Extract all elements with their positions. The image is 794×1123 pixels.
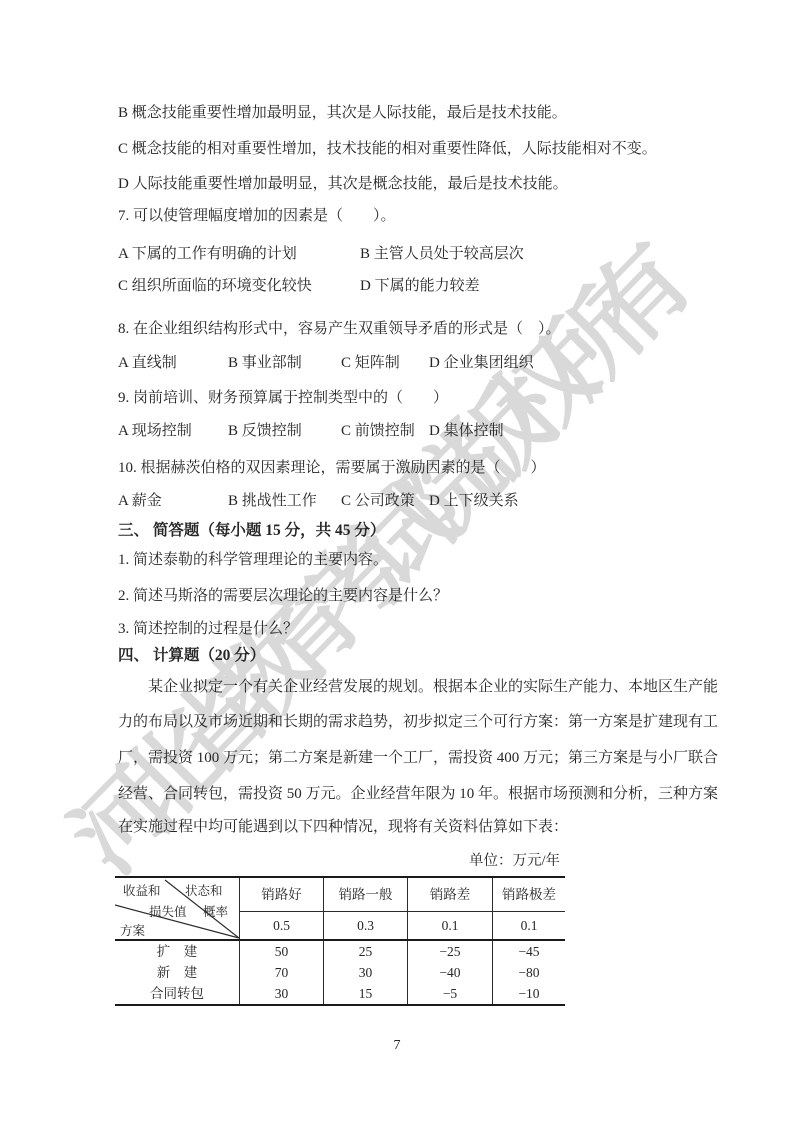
value-cell: −80 bbox=[493, 962, 565, 983]
option-b: B 反馈控制 bbox=[228, 421, 341, 441]
corner-label-plan: 方案 bbox=[120, 925, 145, 938]
option-d: D 下属的能力较差 bbox=[360, 276, 480, 296]
row-label: 合同转包 bbox=[115, 983, 240, 1004]
option-b: B 事业部制 bbox=[228, 353, 341, 373]
question-8-stem: 8. 在企业组织结构形式中，容易产生双重领导矛盾的形式是（ ）。 bbox=[118, 319, 561, 339]
option-c: C 公司政策 bbox=[341, 491, 429, 511]
value-cell: 50 bbox=[240, 941, 324, 962]
probability-cell: 0.5 bbox=[240, 912, 324, 941]
row-label: 新 建 bbox=[115, 962, 240, 983]
question-9-stem: 9. 岗前培训、财务预算属于控制类型中的（ ） bbox=[118, 388, 448, 408]
section-3-title: 三、 简答题（每小题 15 分，共 45 分） bbox=[118, 521, 385, 541]
question-7-stem: 7. 可以使管理幅度增加的因素是（ ）。 bbox=[118, 206, 396, 226]
probability-cell: 0.1 bbox=[408, 912, 493, 941]
corner-label-prob: 概率 bbox=[203, 906, 228, 919]
table-unit-note: 单位：万元/年 bbox=[115, 851, 565, 871]
question-7-options-row-1: A 下属的工作有明确的计划 B 主管人员处于较高层次 bbox=[118, 244, 524, 264]
value-cell: −40 bbox=[408, 962, 493, 983]
column-header: 销路差 bbox=[408, 878, 493, 912]
value-cell: −25 bbox=[408, 941, 493, 962]
short-answer-item-2: 2. 简述马斯洛的需要层次理论的主要内容是什么？ bbox=[118, 586, 448, 606]
problem-paragraph-line-5: 在实施过程中均可能遇到以下四种情况，现将有关资料估算如下表： bbox=[118, 817, 568, 837]
value-cell: 70 bbox=[240, 962, 324, 983]
value-cell: 15 bbox=[324, 983, 408, 1004]
option-d: D 企业集团组织 bbox=[429, 353, 534, 373]
option-a: A 直线制 bbox=[118, 353, 228, 373]
page-number: 7 bbox=[0, 1038, 794, 1054]
probability-cell: 0.1 bbox=[493, 912, 565, 941]
probability-cell: 0.3 bbox=[324, 912, 408, 941]
value-cell: 25 bbox=[324, 941, 408, 962]
column-header: 销路极差 bbox=[493, 878, 565, 912]
table-corner-cell: 收益和 状态和 损失值 概率 方案 bbox=[115, 878, 240, 941]
corner-label-loss: 损失值 bbox=[149, 906, 187, 919]
question-7-options-row-2: C 组织所面临的环境变化较快 D 下属的能力较差 bbox=[118, 276, 480, 296]
option-b: B 挑战性工作 bbox=[228, 491, 341, 511]
option-d: D 上下级关系 bbox=[429, 491, 519, 511]
question-9-options: A 现场控制 B 反馈控制 C 前馈控制 D 集体控制 bbox=[118, 421, 504, 441]
short-answer-item-3: 3. 简述控制的过程是什么？ bbox=[118, 619, 298, 639]
value-cell: −45 bbox=[493, 941, 565, 962]
value-cell: −5 bbox=[408, 983, 493, 1004]
option-line-b: B 概念技能重要性增加最明显，其次是人际技能，最后是技术技能。 bbox=[118, 103, 567, 123]
option-d: D 集体控制 bbox=[429, 421, 504, 441]
corner-label-state: 状态和 bbox=[185, 885, 223, 898]
problem-paragraph-line-3: 厂，需投资 100 万元；第二方案是新建一个工厂，需投资 400 万元；第三方案… bbox=[118, 748, 718, 768]
value-cell: 30 bbox=[324, 962, 408, 983]
option-line-d: D 人际技能重要性增加最明显，其次是概念技能，最后是技术技能。 bbox=[118, 174, 568, 194]
problem-paragraph-line-2: 力的布局以及市场近期和长期的需求趋势，初步拟定三个可行方案：第一方案是扩建现有工 bbox=[118, 712, 718, 732]
row-label: 扩 建 bbox=[115, 941, 240, 962]
problem-paragraph-line-4: 经营、合同转包，需投资 50 万元。企业经营年限为 10 年。根据市场预测和分析… bbox=[118, 784, 718, 804]
option-b: B 主管人员处于较高层次 bbox=[360, 244, 524, 264]
option-a: A 下属的工作有明确的计划 bbox=[118, 244, 360, 264]
column-header: 销路一般 bbox=[324, 878, 408, 912]
column-header: 销路好 bbox=[240, 878, 324, 912]
option-c: C 组织所面临的环境变化较快 bbox=[118, 276, 360, 296]
option-c: C 前馈控制 bbox=[341, 421, 429, 441]
value-cell: −10 bbox=[493, 983, 565, 1004]
payoff-table: 收益和 状态和 损失值 概率 方案 销路好 销路一般 销路差 销路极差 0.5 … bbox=[115, 876, 565, 1006]
value-cell: 30 bbox=[240, 983, 324, 1004]
option-line-c: C 概念技能的相对重要性增加，技术技能的相对重要性降低，人际技能相对不变。 bbox=[118, 139, 657, 159]
option-c: C 矩阵制 bbox=[341, 353, 429, 373]
problem-paragraph-line-1: 某企业拟定一个有关企业经营发展的规划。根据本企业的实际生产能力、本地区生产能 bbox=[148, 677, 718, 697]
section-4-title: 四、 计算题（20 分） bbox=[118, 646, 265, 666]
question-10-options: A 薪金 B 挑战性工作 C 公司政策 D 上下级关系 bbox=[118, 491, 519, 511]
question-10-stem: 10. 根据赫茨伯格的双因素理论，需要属于激励因素的是（ ） bbox=[118, 458, 546, 478]
short-answer-item-1: 1. 简述泰勒的科学管理理论的主要内容。 bbox=[118, 550, 388, 570]
corner-label-gain: 收益和 bbox=[123, 885, 161, 898]
option-a: A 现场控制 bbox=[118, 421, 228, 441]
option-a: A 薪金 bbox=[118, 491, 228, 511]
question-8-options: A 直线制 B 事业部制 C 矩阵制 D 企业集团组织 bbox=[118, 353, 534, 373]
